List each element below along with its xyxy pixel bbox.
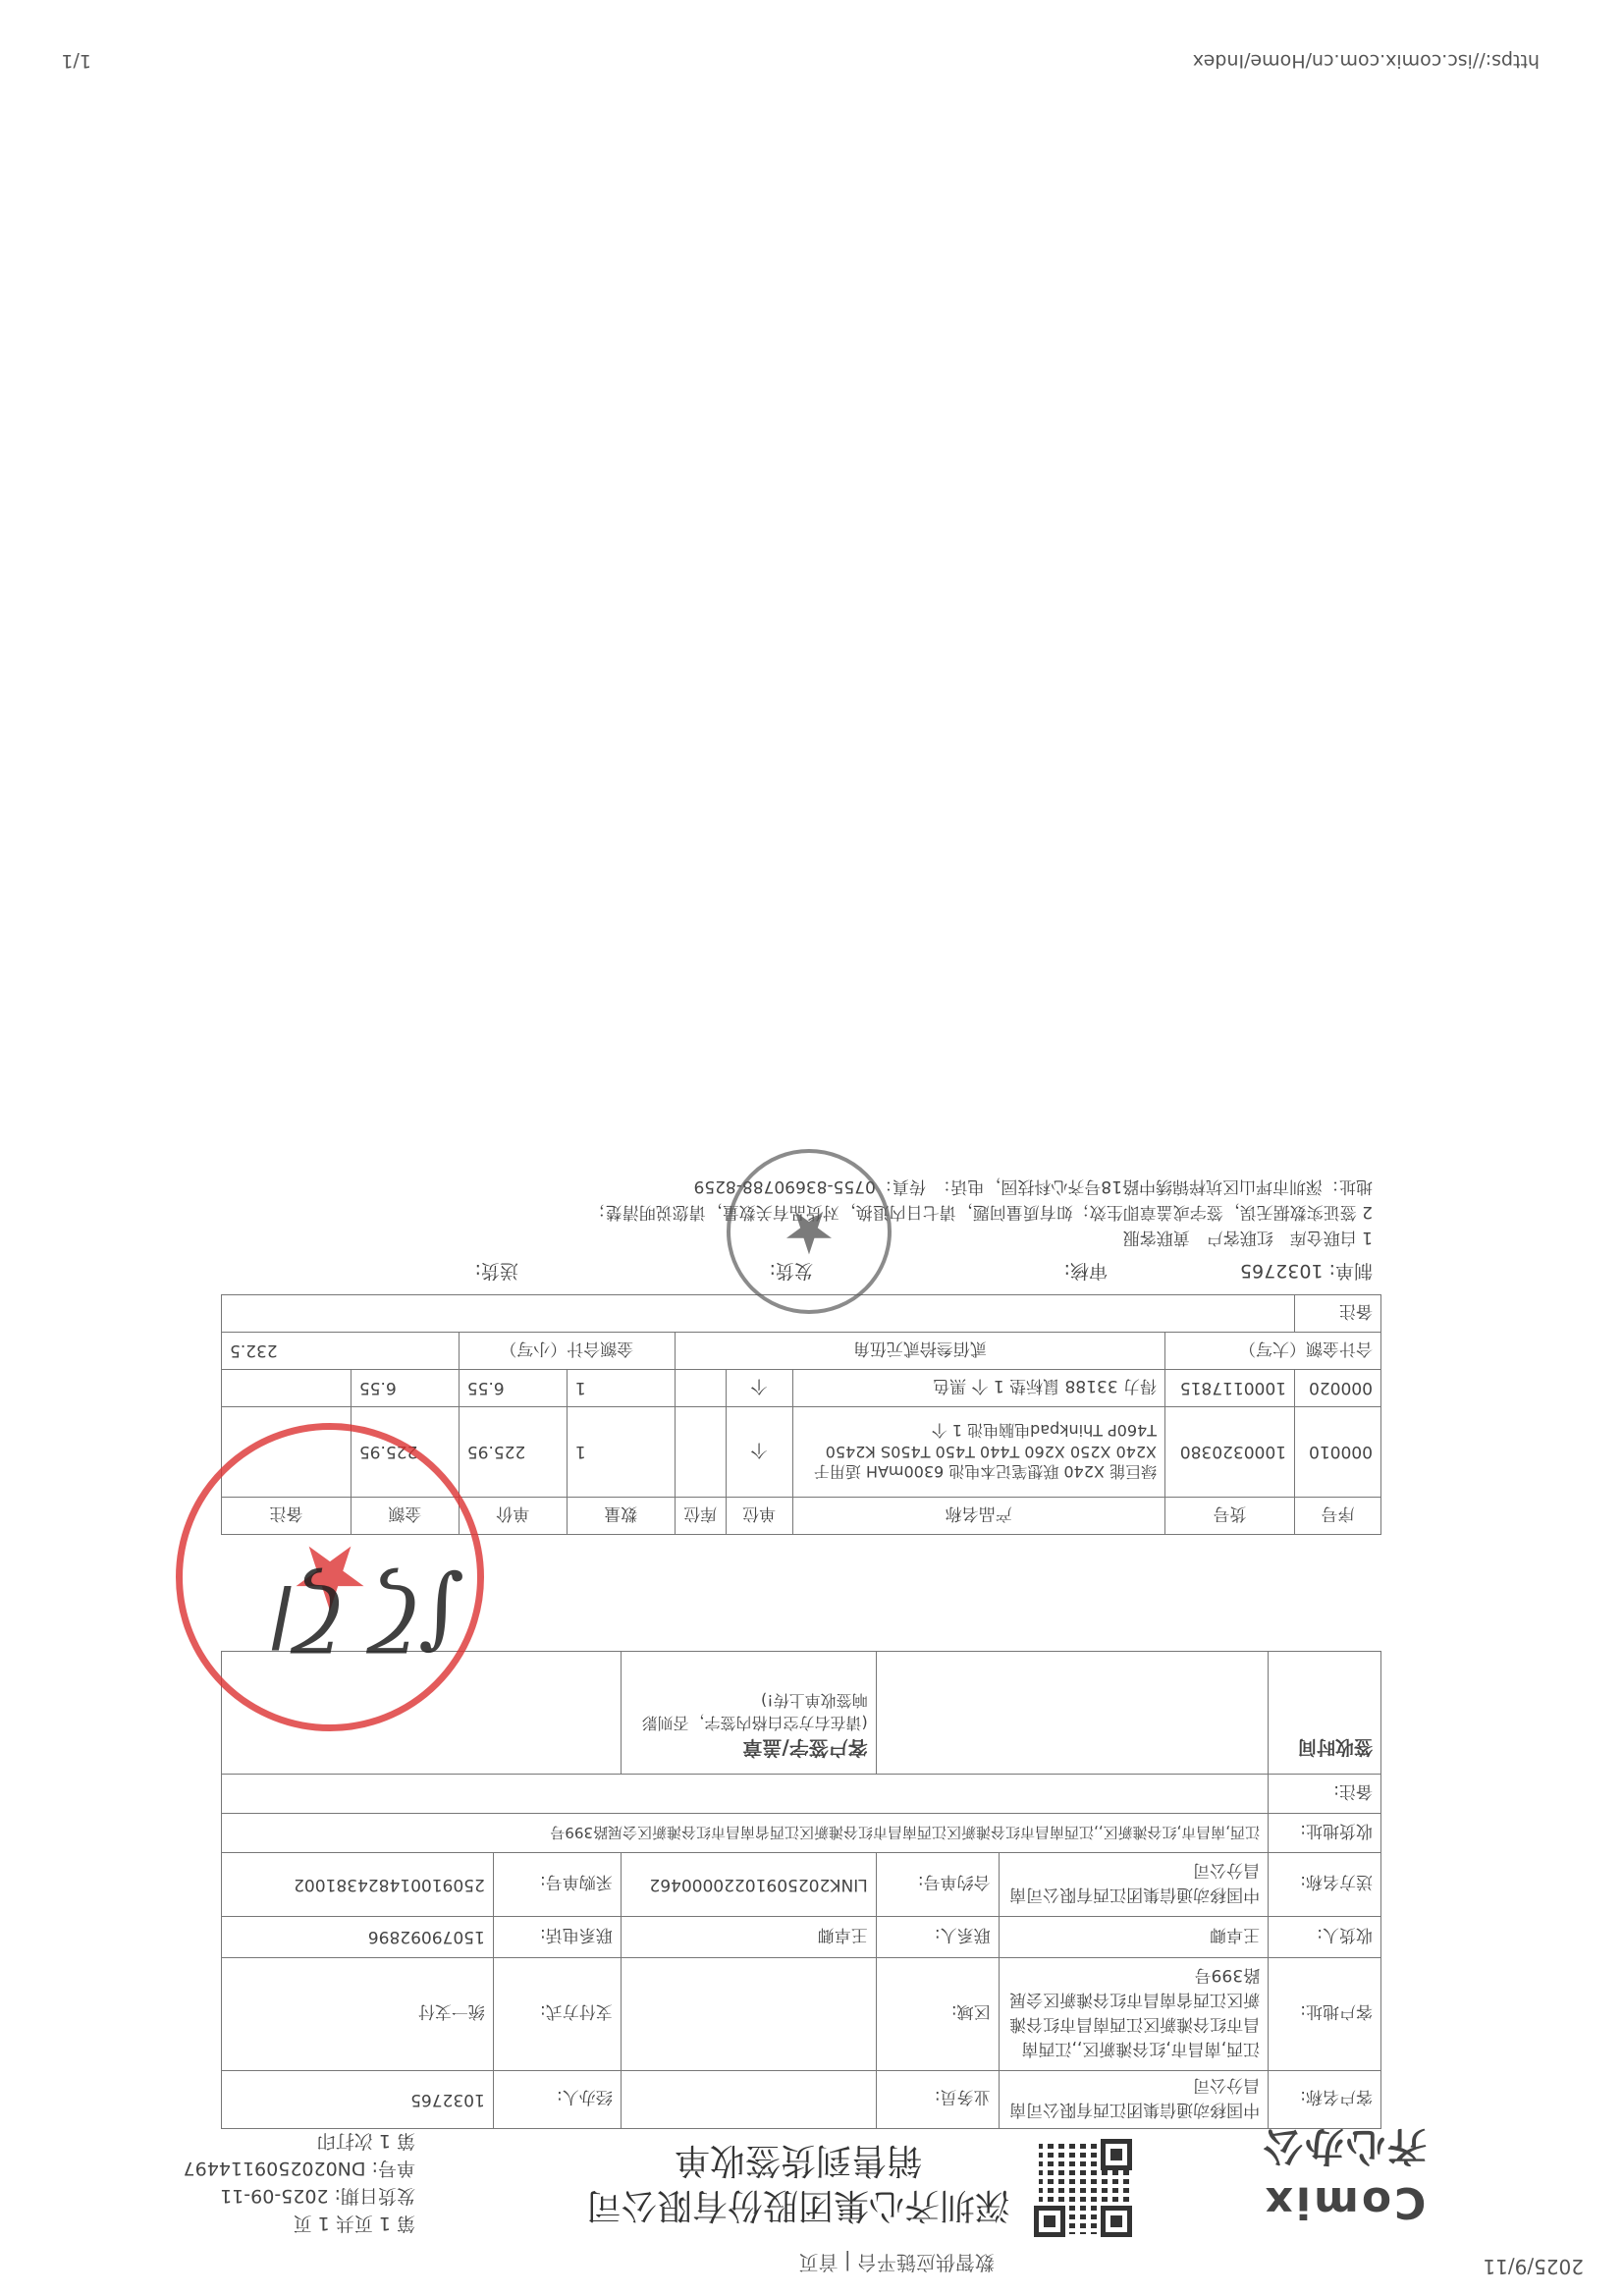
print-page-title: 数智供应链平台 | 首页 [799, 2250, 995, 2278]
qr-code [1034, 2139, 1132, 2237]
shipping-seal-grey: ★ [727, 1149, 892, 1314]
maker: 1032765 [1240, 1260, 1324, 1282]
sign-time-field [876, 1652, 1268, 1775]
ship-to: 中国移动通信集团江西有限公司南昌分公司 [999, 1853, 1268, 1917]
print-page-count: 1/1 [61, 50, 91, 72]
customer-name: 中国移动通信集团江西有限公司南昌分公司 [999, 2071, 1268, 2129]
notes-block: 1 白联仓库 红联客户 黄联客服 2 签证实数据无误，签字或盖章即生效；如有质量… [589, 1174, 1373, 1250]
total-upper: 贰佰叁拾贰元伍角 [675, 1333, 1164, 1370]
print-date: 2025/9/11 [1483, 2255, 1584, 2278]
comix-logo: Comix 齐心办公 [1262, 2121, 1427, 2227]
delivery-address: 江西,南昌市,红谷滩新区,,江西南昌市红谷滩新区江西南昌市红谷滩新区江西省南昌市… [222, 1814, 1269, 1853]
company-name: 深圳齐心集团股份有限公司 [582, 2182, 1014, 2227]
region [621, 1958, 876, 2071]
document-meta: 第 1 页共 1 页 发货日期: 2025-09-11 单号: DN020250… [184, 2127, 415, 2237]
receiver: 王卓卿 [999, 1917, 1268, 1958]
handler: 1032765 [222, 2071, 494, 2129]
customer-info-table: 客户名称: 中国移动通信集团江西有限公司南昌分公司 业务员: 经办人: 1032… [221, 1651, 1381, 2129]
order-number: DN020250911449​7 [184, 2158, 366, 2179]
document-page: 2025/9/11 数智供应链平台 | 首页 Comix 齐心办公 深圳齐心集团… [0, 0, 1623, 2296]
table-row: 000020 1000117815 得力 33188 鼠标垫 1 个 黑色 个 … [222, 1370, 1381, 1407]
phone: 15079092896 [222, 1917, 494, 1958]
document-title-block: 深圳齐心集团股份有限公司 销售到货签收单 [582, 2137, 1014, 2227]
info-remark [222, 1775, 1269, 1814]
ship-date: 2025-09-11 [220, 2185, 328, 2207]
totals-row: 合计金额（大写） 贰佰叁拾贰元伍角 金额合计（小写） 232.5 [222, 1333, 1381, 1370]
salesperson [621, 2071, 876, 2129]
total-lower: 232.5 [222, 1333, 460, 1370]
customer-sign-label-cell: 客户签字/盖章 (请在右方空白格内签字，否则影响签收单上传!) [621, 1652, 876, 1775]
print-count: 第 1 次打印 [184, 2127, 415, 2155]
purchase-number: 2509100148243810​02 [222, 1853, 494, 1917]
document-title: 销售到货签收单 [582, 2137, 1014, 2182]
customer-address: 江西,南昌市,红谷滩新区,,江西南昌市红谷滩新区江西南昌市红谷滩新区江西省南昌市… [999, 1958, 1268, 2071]
page-count: 第 1 页共 1 页 [184, 2210, 415, 2237]
contact: 王卓卿 [621, 1917, 876, 1958]
handwritten-signature: ∫ζ ζǀ [268, 1564, 464, 1667]
star-icon: ★ [783, 1197, 836, 1266]
contract-number: LINK20250910220000462 [621, 1853, 876, 1917]
print-url: https://isc.comix.com.cn/Home/Index [1193, 50, 1540, 72]
payment-method: 统一支付 [222, 1958, 494, 2071]
